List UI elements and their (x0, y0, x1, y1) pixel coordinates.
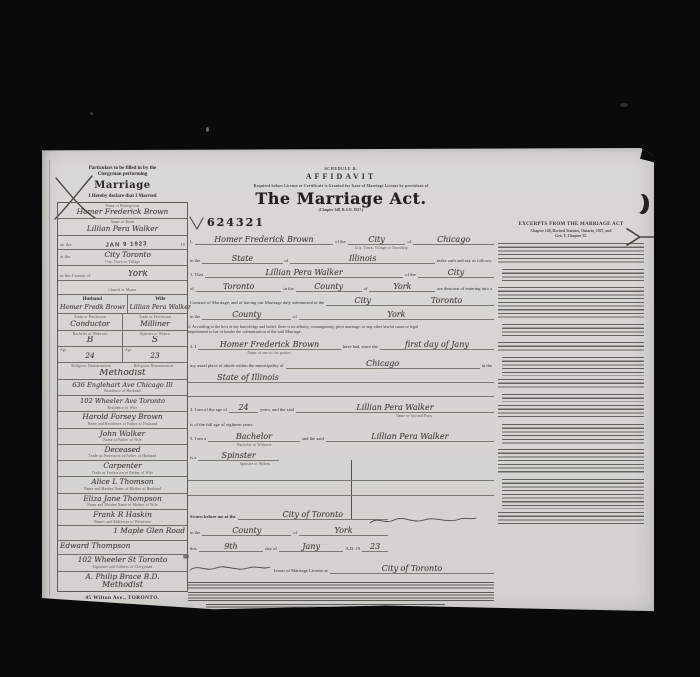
stub-row-denomination: Religious Denomination Religious Denomin… (58, 363, 187, 379)
film-speck (206, 127, 209, 132)
deponent-signature-squiggle (368, 512, 478, 528)
line-abode-place: my usual place of abode within the munic… (188, 359, 494, 369)
note-line: Note.—This affidavit is to be sworn by o… (188, 611, 494, 615)
excerpts-title: EXCERPTS FROM THE MARRIAGE ACT (498, 222, 644, 227)
line-second-party: 1. That Lillian Pera Walker of the City (188, 268, 494, 278)
print-text: this (188, 546, 199, 552)
print-text: 1. That (188, 272, 205, 278)
stub-row-witness2: Edward Thompson (58, 541, 187, 556)
license-number-row: 624321 (188, 216, 494, 229)
excerpt-paragraph (498, 379, 644, 390)
excerpts-subtitle-line2: Geo. V, Chapter 32. (555, 234, 587, 238)
paper-fold-edge (49, 160, 50, 595)
stub-row-father-husband: Harold Forsey Brown Name and Residence o… (58, 412, 187, 428)
witness2-value: Edward Thompson (60, 542, 185, 551)
father-husband-value: Harold Forsey Brown (60, 413, 185, 422)
stub-row-place: at the City Toronto City, Town or Villag… (58, 250, 187, 266)
print-text: in the (188, 530, 202, 536)
field-caption: Trade or Profession of Father of Husband (60, 454, 185, 458)
excerpt-paragraph (502, 357, 644, 376)
excerpt-paragraph (498, 512, 644, 527)
place-value: Chicago (413, 235, 494, 245)
excerpt-paragraph (498, 243, 644, 265)
line-abode-name: 3. I Homer Frederick Brown have had, sin… (188, 340, 494, 350)
caption-row: Name of one of the parties (188, 351, 494, 355)
sworn-place-value: City of Toronto (238, 510, 388, 520)
print-text: years, and the said (258, 407, 296, 413)
issuer-place-value: City of Toronto (330, 564, 494, 574)
spinster-value: S (125, 336, 185, 345)
date-day-value: 9th (199, 542, 264, 552)
denomination-value: Methodist (60, 369, 185, 378)
excerpt-paragraph (498, 342, 644, 353)
excerpts-column: EXCERPTS FROM THE MARRIAGE ACT Chapter 1… (498, 222, 644, 531)
stub-row-bride: Name of Bride Lillian Pera Walker (58, 219, 187, 235)
print-text: in the (281, 286, 295, 292)
deponent-name-value: Homer Frederick Brown (195, 235, 333, 245)
status1-value: Bachelor (208, 432, 300, 442)
date-month-value: Jany (279, 542, 344, 552)
second-party-value: Lillian Pera Walker (296, 403, 494, 413)
field-caption: Residence of Wife (60, 406, 185, 410)
stub-row-clergy: A. Philip Brace B.D. Methodist (58, 572, 187, 592)
field-caption: Name and Maiden Name of Mother of Husban… (60, 487, 185, 491)
stub-row-date: on the JAN 9 1923 19 (58, 236, 187, 251)
excerpt-paragraph (502, 424, 644, 446)
county-value: York (299, 310, 494, 320)
mother-husband-value: Alice L Thomson (60, 478, 185, 487)
husband-residence-value: 636 Englehart Ave Chicago Ill (60, 381, 185, 390)
region-type-value: State (202, 254, 282, 264)
date-stamp: JAN 9 1923 (71, 240, 180, 250)
scanned-affidavit-document: Particulars to be filled in by the Clerg… (42, 148, 654, 613)
line-toronto-county: of Toronto in the County of York are des… (188, 282, 494, 292)
clergy-signature-value: A. Philip Brace B.D. (60, 573, 185, 582)
schedule-label: SCHEDULE B. (188, 166, 494, 171)
witness1-value: Frank R Haskin (60, 511, 185, 520)
line-solemnized: Contract of Marriage, and of having our … (188, 296, 494, 306)
field-caption: Names and Addresses of Witnesses (60, 520, 185, 524)
husband-header: Husband (60, 296, 125, 303)
husband-trade-value: Conductor (60, 320, 120, 329)
witness2-address-value: 102 Wheeler St Toronto (60, 556, 185, 565)
stub-form-box: Name of Bridegroom Homer Frederick Brown… (57, 202, 188, 592)
stub-row-mother-husband: Alice L Thomson Name and Maiden Name of … (58, 477, 187, 493)
corner-notch (640, 141, 660, 162)
field-caption: Name of one of the parties (207, 351, 332, 355)
witness1-address-value: 1 Maple Glen Road (60, 527, 185, 536)
line-full-age: is of the full age of eighteen years. (188, 422, 494, 428)
field-caption: Signature and Address of Clergyman (60, 565, 185, 569)
print-text: of (291, 314, 299, 320)
stub-row-father-wife-trade: Carpenter Trade or Profession of Father … (58, 461, 187, 477)
stub-title: Marriage (57, 180, 188, 192)
blank-rule (188, 471, 494, 481)
excerpt-paragraph (502, 394, 644, 402)
line-status: 5. I am a Bachelor and the said Lillian … (188, 432, 494, 442)
year-suffix: 19 (180, 243, 185, 247)
second-party-value: Lillian Pera Walker (205, 268, 403, 278)
line-issuer: Issuer of Marriage License at City of To… (188, 562, 494, 574)
stub-heading: Particulars to be filled in by the Clerg… (57, 166, 188, 178)
chapter-line: (Chapter 148, R.S.O. 1927.) (188, 208, 494, 212)
stub-row-witness2-address: 102 Wheeler St Toronto Signature and Add… (58, 555, 187, 571)
check-mark-icon (188, 216, 204, 230)
field-caption: Bachelor or Widower (215, 443, 295, 447)
print-text: make oath and say as follows: (435, 258, 494, 264)
print-text: in the (188, 258, 202, 264)
act-title: The Marriage Act. (188, 190, 494, 207)
excerpt-paragraph (502, 324, 644, 339)
print-text: 4. I am of the age of (188, 407, 229, 413)
stub-heading-line2: Clergyman performing (98, 172, 148, 177)
print-text: in the (480, 363, 494, 369)
wife-residence-value: 102 Wheeler Ave Toronto (60, 397, 185, 406)
line-deponent: I, Homer Frederick Brown of the City of … (188, 235, 494, 245)
field-caption: Residence of Husband (60, 389, 185, 393)
printer-imprint: 45 Wilton Ave., TORONTO. (57, 595, 188, 601)
field-caption: Name of Father of Wife (60, 438, 185, 442)
affidavit-header: SCHEDULE B. AFFIDAVIT Required before Li… (188, 166, 494, 212)
field-caption: Name and Maiden Name of Mother of Wife (60, 503, 185, 507)
issuer-label: Issuer of Marriage License at (272, 568, 330, 574)
print-text: I, (188, 239, 195, 245)
bachelor-value: B (60, 336, 120, 345)
print-text: of (405, 239, 413, 245)
issuer-signature-squiggle (188, 562, 272, 574)
stub-row-husband-residence: 636 Englehart Ave Chicago Ill Residence … (58, 380, 187, 396)
print-text: of (188, 286, 196, 292)
abode-name-value: Homer Frederick Brown (198, 340, 341, 350)
father-wife-value: John Walker (60, 430, 185, 439)
crescent-mark (636, 194, 649, 214)
county-word-value: County (202, 310, 291, 320)
line-state: in the State of Illinois make oath and s… (188, 254, 494, 264)
license-number: 624321 (207, 216, 265, 229)
stub-row-age: Age 24 Age 23 (58, 347, 187, 363)
print-text: of (283, 258, 291, 264)
bride-name-value: Lillian Pera Walker (60, 225, 185, 234)
second-party-value: Lillian Pera Walker (326, 432, 494, 442)
stub-row-bridegroom: Name of Bridegroom Homer Frederick Brown (58, 203, 187, 219)
abode-since-value: first day of Jany (380, 340, 494, 350)
blank-rule (188, 387, 494, 397)
line-abode-state: State of Illinois (188, 373, 494, 383)
county-value: York (369, 282, 435, 292)
print-text: of the (403, 272, 418, 278)
paragraph-2-line2: impediment to bar or hinder the solemniz… (188, 329, 302, 334)
print-text: and the said (300, 436, 326, 442)
region-value: Illinois (290, 254, 434, 264)
print-text: are desirous of entering into a (435, 286, 494, 292)
stub-row-county: in the County of York (58, 266, 187, 281)
abode-place-value: Chicago (286, 359, 480, 369)
date-year-value: 23 (362, 542, 388, 552)
print-text: of (362, 286, 370, 292)
required-line: Required before License or Certificate i… (188, 184, 494, 188)
film-speck (620, 103, 628, 107)
print-text: is of the full age of eighteen years. (188, 422, 256, 428)
field-caption: Name and Residence of Father of Husband (60, 422, 185, 426)
print-text: Contract of Marriage, and of having our … (188, 300, 326, 306)
field-label: on the (60, 243, 72, 247)
excerpt-paragraph (498, 287, 644, 320)
caption-row: Bachelor or Widower (188, 443, 494, 447)
wife-name-value: Lillian Pera Walker (130, 303, 192, 312)
bridegroom-name-value: Homer Frederick Brown (60, 208, 185, 217)
stub-row-church: Church or Manse (58, 281, 187, 296)
field-caption: Trade or Profession of Father of Wife (60, 471, 185, 475)
excerpt-paragraph (502, 479, 644, 509)
excerpts-subtitle-line1: Chapter 148, Revised Statutes, Ontario, … (531, 229, 612, 233)
stub-row-father-wife: John Walker Name of Father of Wife (58, 429, 187, 445)
stub-row-status: Bachelor or Widower B Spinster or Widow … (58, 331, 187, 347)
father-husband-trade-value: Deceased (60, 446, 185, 455)
father-wife-trade-value: Carpenter (60, 462, 185, 471)
excerpt-paragraph (498, 449, 644, 475)
print-text: 5. I am a (188, 436, 208, 442)
line-sworn-county: in the County of York (188, 526, 388, 536)
affidavit-column: SCHEDULE B. AFFIDAVIT Required before Li… (188, 166, 494, 615)
age-value: 24 (229, 403, 258, 413)
excerpt-paragraph (502, 269, 644, 284)
wife-trade-value: Milliner (125, 320, 185, 329)
stub-row-wife-residence: 102 Wheeler Ave Toronto Residence of Wif… (58, 396, 187, 412)
clergy-denomination-value: Methodist (60, 581, 185, 590)
excerpts-subtitle: Chapter 148, Revised Statutes, Ontario, … (498, 229, 644, 238)
field-label: at the (60, 255, 70, 259)
place-type-value: City (348, 235, 406, 245)
fine-print-lines (188, 592, 494, 603)
print-text: day of (263, 546, 279, 552)
stub-row-mother-wife: Eliza Jane Thompson Name and Maiden Name… (58, 494, 187, 510)
stub-row-husband-wife-header: Husband Homer Fredk Brown Wife Lillian P… (58, 295, 187, 314)
clergy-stub-column: Particulars to be filled in by the Clerg… (57, 166, 188, 619)
stub-row-trade: Trade or Profession Conductor Trade or P… (58, 314, 187, 330)
husband-age-value: 24 (60, 352, 120, 361)
place-value: Toronto (399, 296, 494, 306)
abode-state-value: State of Illinois (188, 373, 308, 383)
stub-declare-line: I Hereby declare that I Married (57, 193, 188, 200)
jurat-block: Sworn before me at the City of Toronto i… (188, 510, 388, 552)
line-county2: in the County of York (188, 310, 494, 320)
stub-row-witness1-address: 1 Maple Glen Road (58, 526, 187, 541)
place-value: Toronto (196, 282, 282, 292)
husband-name-value: Homer Fredk Brown (60, 303, 125, 312)
imprint-squiggle (63, 606, 103, 614)
place-type-value: City (326, 296, 399, 306)
place-type-value: City (418, 268, 494, 278)
film-speck (90, 112, 93, 115)
field-caption: Church or Manse (60, 288, 185, 292)
wife-age-value: 23 (125, 352, 185, 361)
print-text: A.D. 19 (343, 546, 362, 552)
line-age: 4. I am of the age of 24 years, and the … (188, 403, 494, 413)
line-status2: is a Spinster (188, 451, 494, 461)
caption-row: Name of Second Party (188, 414, 494, 418)
excerpt-paragraph (498, 405, 644, 420)
print-text: my usual place of abode within the munic… (188, 363, 286, 369)
print-text: of (291, 530, 299, 536)
stub-row-father-husband-trade: Deceased Trade or Profession of Father o… (58, 445, 187, 461)
county-value: York (91, 270, 185, 279)
print-text: in the (188, 314, 202, 320)
stub-heading-line1: Particulars to be filled in by the (89, 166, 157, 171)
field-caption: Spinster or Widow (217, 462, 292, 466)
status2-value: Spinster (198, 451, 279, 461)
marriage-place-value: City Toronto (70, 251, 185, 260)
county-word-value: County (296, 282, 362, 292)
print-text: have had, since the (341, 344, 380, 350)
caption-row: Spinster or Widow (188, 462, 494, 466)
line-sworn-date: this 9th day of Jany A.D. 19 23 (188, 542, 388, 552)
county-word-value: County (202, 526, 291, 536)
fine-print-lines (206, 604, 445, 609)
fine-print-lines (188, 582, 494, 590)
print-text: is a (188, 455, 198, 461)
caption-row: City, Town, Village or Township (188, 246, 494, 250)
blank-rule (188, 486, 494, 496)
print-text: 3. I (188, 344, 198, 350)
mother-wife-value: Eliza Jane Thompson (60, 495, 185, 504)
print-text: of the (333, 239, 348, 245)
field-caption: City, Town or Village (60, 260, 185, 264)
field-caption: Name of Second Party (334, 414, 494, 418)
paragraph-2: 2. According to the best of my knowledge… (188, 324, 494, 334)
stub-row-witness1: Frank R Haskin Names and Addresses of Wi… (58, 510, 187, 526)
wife-header: Wife (130, 296, 192, 303)
fine-print-block: Note.—This affidavit is to be sworn by o… (188, 582, 494, 615)
line-sworn: Sworn before me at the City of Toronto (188, 510, 388, 520)
print-text: Sworn before me at the (188, 514, 238, 520)
affidavit-title: AFFIDAVIT (188, 172, 494, 181)
field-label: in the County of (60, 274, 91, 278)
field-caption: City, Town, Village or Township (344, 246, 419, 250)
